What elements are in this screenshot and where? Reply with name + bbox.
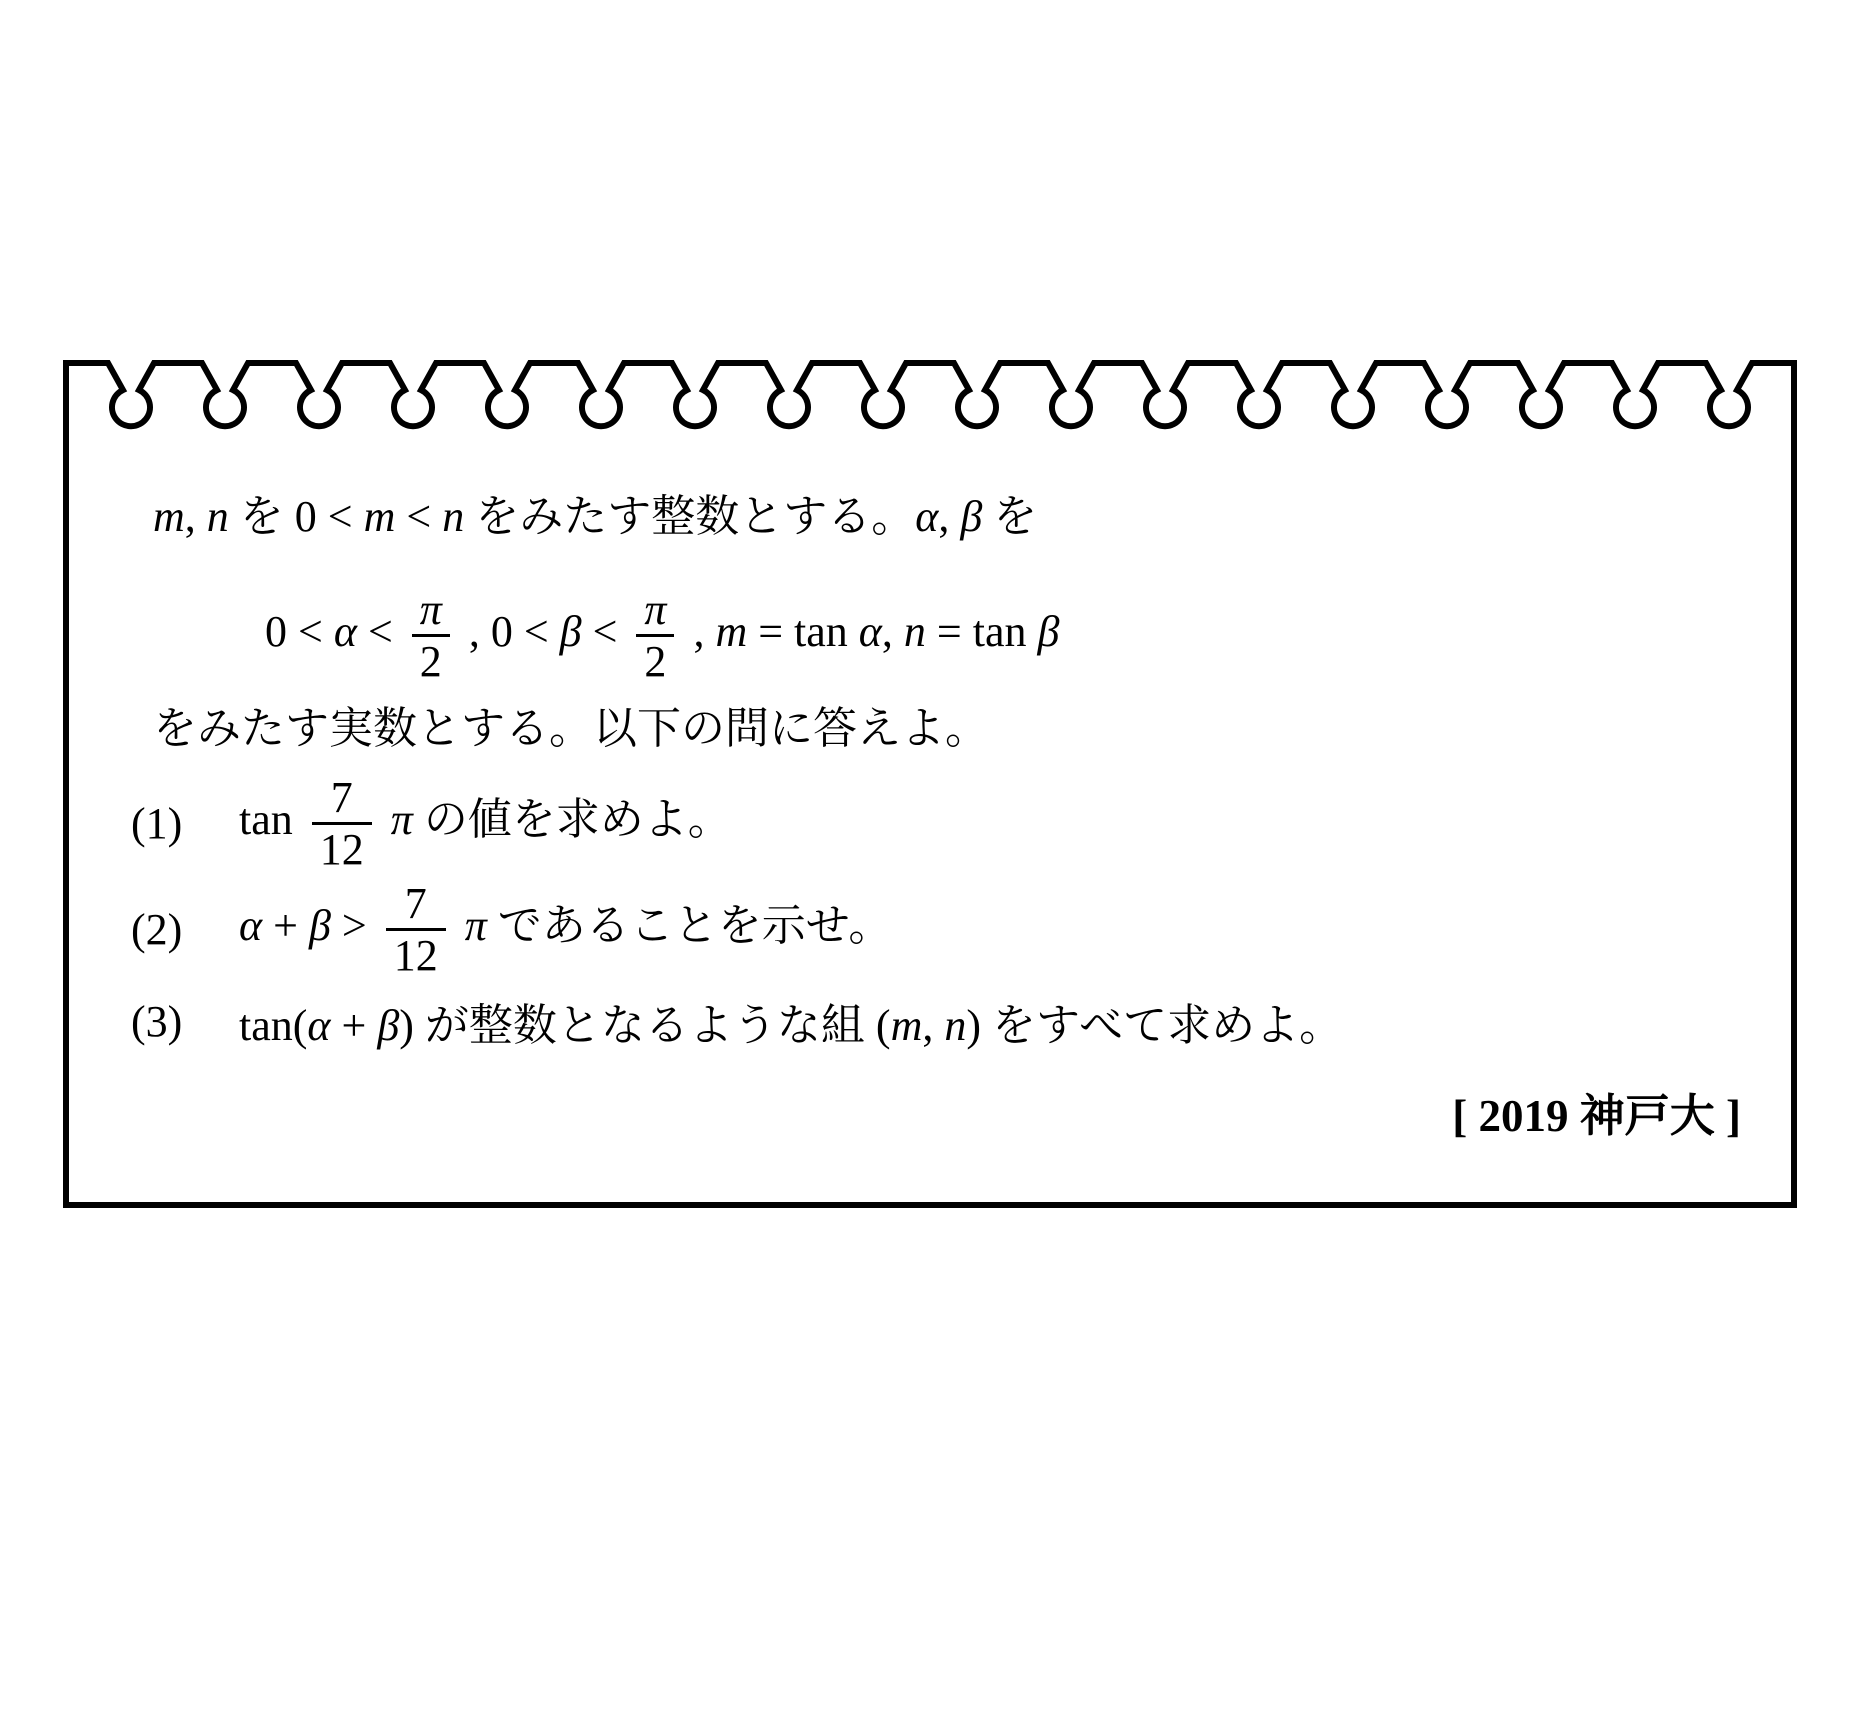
- problem-intro-continuation: をみたす実数とする。以下の問に答えよ。: [153, 703, 989, 756]
- fraction-pi-over-2-second: π 2: [636, 585, 674, 687]
- fraction-pi-over-2-first: π 2: [412, 585, 450, 687]
- fraction-numerator: π: [412, 585, 450, 634]
- question-2-label: (2): [131, 904, 205, 955]
- question-1-label: (1): [131, 798, 205, 849]
- formula-line: 0 < α < π 2 , 0 < β < π 2 , m = tan α, n…: [265, 585, 1059, 687]
- source-citation: [ 2019 神戸大 ]: [1452, 1079, 1741, 1144]
- question-1: (1) tan 7 12 π の値を求めよ。: [131, 773, 732, 875]
- question-2-post: π であることを示せ。: [465, 901, 893, 950]
- formula-seg2: , 0 < β <: [469, 607, 618, 656]
- question-1-pre: tan: [239, 795, 293, 844]
- problem-intro-line: m, n を 0 < m < n をみたす整数とする。α, β を: [153, 491, 1037, 544]
- question-3: (3) tan(α + β) が整数となるような組 (m, n) をすべて求めよ…: [131, 989, 1343, 1053]
- fraction-denominator: 12: [386, 928, 446, 980]
- fraction-7-over-12: 7 12: [312, 773, 372, 875]
- question-1-post: π の値を求めよ。: [391, 795, 732, 844]
- fraction-denominator: 2: [636, 634, 674, 686]
- torn-edge-path: [63, 363, 1797, 426]
- torn-edge: [63, 360, 1797, 440]
- question-3-label: (3): [131, 996, 205, 1047]
- fraction-numerator: π: [636, 585, 674, 634]
- question-3-text: tan(α + β) が整数となるような組 (m, n) をすべて求めよ。: [239, 989, 1343, 1053]
- question-2: (2) α + β > 7 12 π であることを示せ。: [131, 879, 892, 981]
- fraction-denominator: 12: [312, 822, 372, 874]
- notebook-paper: m, n を 0 < m < n をみたす整数とする。α, β を 0 < α …: [63, 363, 1797, 1208]
- fraction-numerator: 7: [312, 773, 372, 822]
- fraction-denominator: 2: [412, 634, 450, 686]
- question-2-pre: α + β >: [239, 901, 367, 950]
- fraction-7-over-12: 7 12: [386, 879, 446, 981]
- question-1-text: tan 7 12 π の値を求めよ。: [239, 773, 732, 875]
- fraction-numerator: 7: [386, 879, 446, 928]
- formula-seg3: , m = tan α, n = tan β: [693, 607, 1059, 656]
- formula-seg1: 0 < α <: [265, 607, 393, 656]
- question-2-text: α + β > 7 12 π であることを示せ。: [239, 879, 892, 981]
